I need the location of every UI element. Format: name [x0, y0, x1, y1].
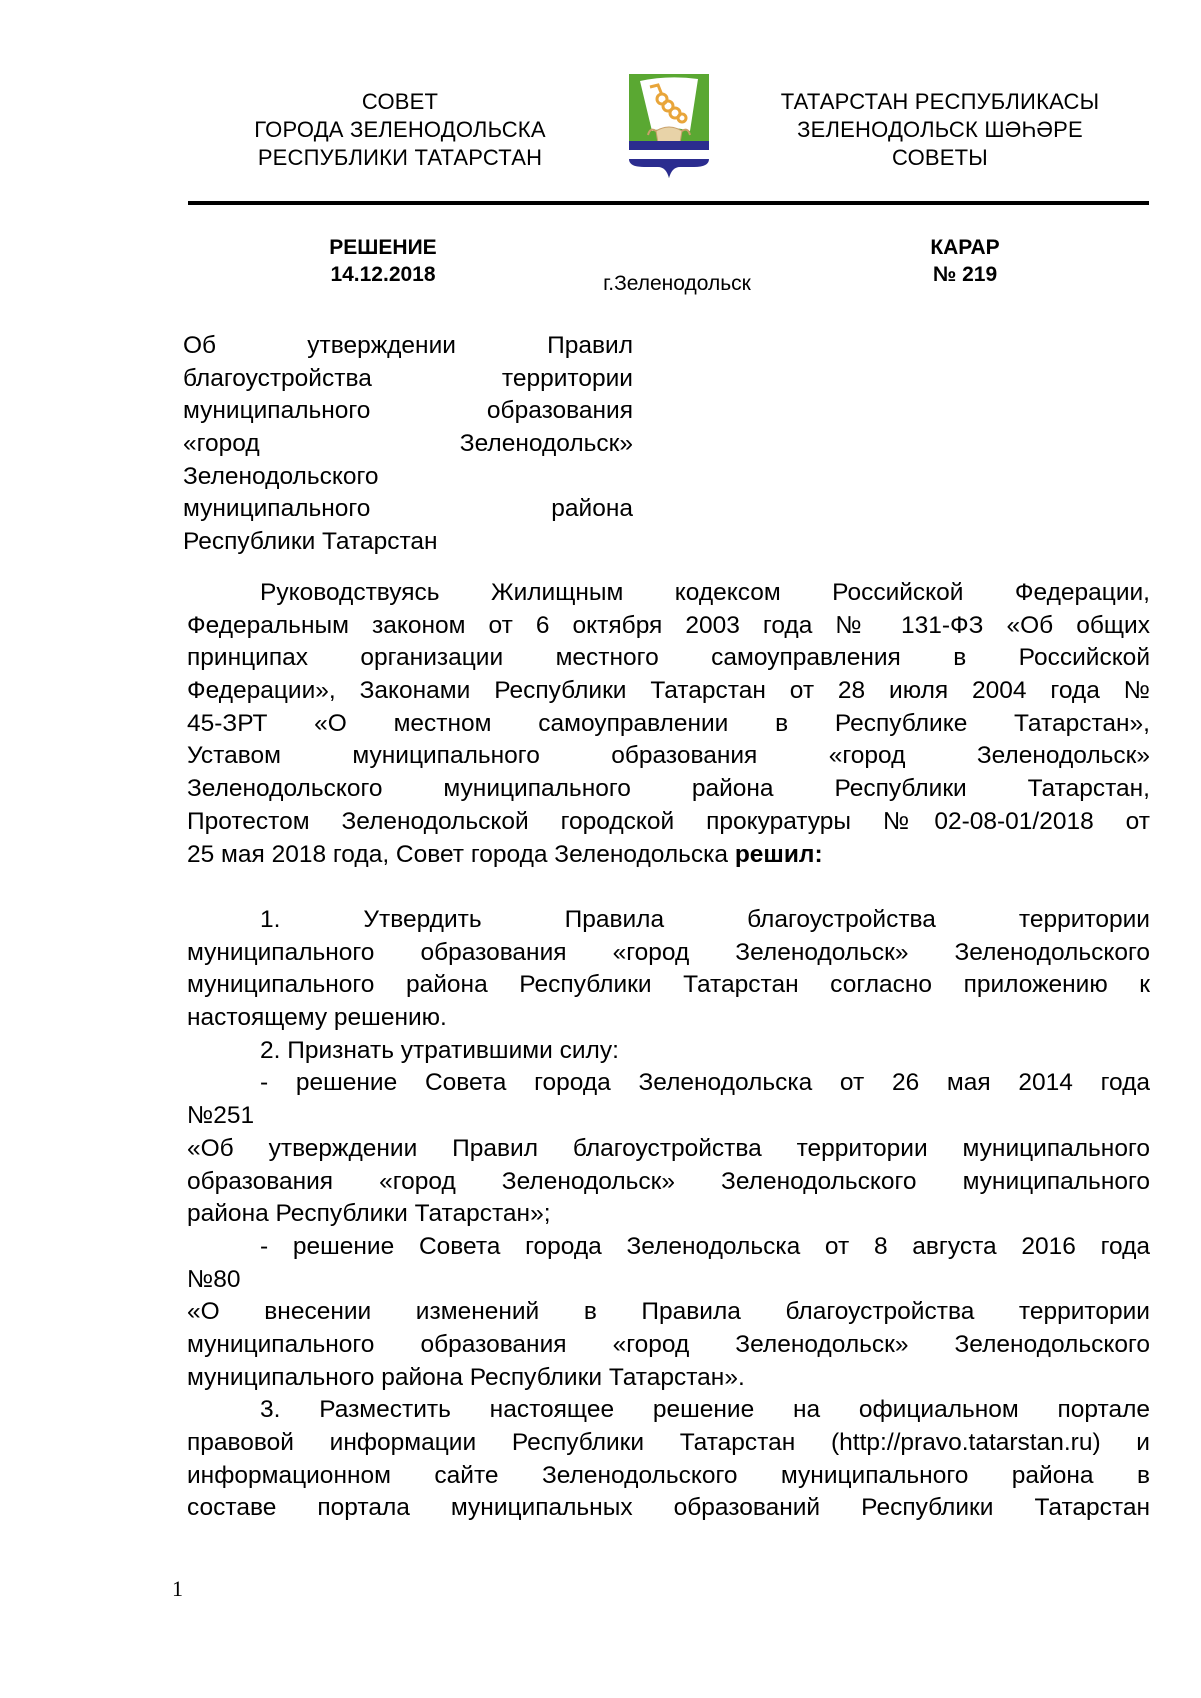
preamble-line: Зеленодольского муниципального района Ре…	[187, 773, 1150, 806]
decision-number: № 219	[905, 261, 1025, 289]
preamble-line: Уставом муниципального образования «горо…	[187, 740, 1150, 773]
resolution-items: 1. Утвердить Правила благоустройства тер…	[187, 904, 1150, 1525]
preamble-line: Руководствуясь Жилищным кодексом Российс…	[187, 577, 1150, 610]
title-line: благоустройства территории	[183, 363, 633, 396]
page-number: 1	[172, 1576, 183, 1602]
item-line: района Республики Татарстан»;	[187, 1198, 1150, 1231]
item-line: - решение Совета города Зеленодольска от…	[187, 1231, 1150, 1264]
preamble-last-text: 25 мая 2018 года, Совет города Зеленодол…	[187, 841, 735, 868]
title-line: Об утверждении Правил	[183, 330, 633, 363]
document-title: Об утверждении Правил благоустройства те…	[183, 330, 633, 559]
item-line: образования «город Зеленодольск» Зеленод…	[187, 1166, 1150, 1199]
coat-of-arms-icon	[628, 73, 710, 179]
item-line: «О внесении изменений в Правила благоуст…	[187, 1296, 1150, 1329]
decision-type-tt: КАРАР	[905, 234, 1025, 262]
header-left-line-2: ГОРОДА ЗЕЛЕНОДОЛЬСКА	[230, 116, 570, 144]
decision-date: 14.12.2018	[308, 261, 458, 289]
title-line: «город Зеленодольск»	[183, 428, 633, 461]
header-right-line-1: ТАТАРСТАН РЕСПУБЛИКАСЫ	[760, 88, 1120, 116]
preamble-last-line: 25 мая 2018 года, Совет города Зеленодол…	[187, 839, 1150, 872]
title-line: муниципального района	[183, 493, 633, 526]
header-left-line-3: РЕСПУБЛИКИ ТАТАРСТАН	[230, 144, 570, 172]
preamble-line: принципах организации местного самоуправ…	[187, 642, 1150, 675]
item-line: муниципального района Республики Татарст…	[187, 1362, 1150, 1395]
item-line: муниципального образования «город Зелено…	[187, 1329, 1150, 1362]
header-right-line-2: ЗЕЛЕНОДОЛЬСК ШӘҺӘРЕ	[760, 116, 1120, 144]
preamble-line: Федерации», Законами Республики Татарста…	[187, 675, 1150, 708]
title-line: Республики Татарстан	[183, 526, 633, 559]
item-line: муниципального образования «город Зелено…	[187, 937, 1150, 970]
title-line: муниципального образования	[183, 395, 633, 428]
item-line: составе портала муниципальных образовани…	[187, 1492, 1150, 1525]
header-left-line-1: СОВЕТ	[230, 88, 570, 116]
preamble-line: Протестом Зеленодольской городской проку…	[187, 806, 1150, 839]
item-line: №80	[187, 1264, 1150, 1297]
preamble-line: Федеральным законом от 6 октября 2003 го…	[187, 610, 1150, 643]
resolved-label: решил:	[735, 841, 823, 868]
item-line: настоящему решению.	[187, 1002, 1150, 1035]
item-line: 3. Разместить настоящее решение на офици…	[187, 1394, 1150, 1427]
item-line: правовой информации Республики Татарстан…	[187, 1427, 1150, 1460]
decision-type-ru: РЕШЕНИЕ	[308, 234, 458, 262]
council-name-ru: СОВЕТ ГОРОДА ЗЕЛЕНОДОЛЬСКА РЕСПУБЛИКИ ТА…	[230, 88, 570, 172]
title-line: Зеленодольского	[183, 461, 633, 494]
header-right-line-3: СОВЕТЫ	[760, 144, 1120, 172]
header-divider	[188, 201, 1149, 205]
council-name-tt: ТАТАРСТАН РЕСПУБЛИКАСЫ ЗЕЛЕНОДОЛЬСК ШӘҺӘ…	[760, 88, 1120, 172]
item-line: 1. Утвердить Правила благоустройства тер…	[187, 904, 1150, 937]
item-line: «Об утверждении Правил благоустройства т…	[187, 1133, 1150, 1166]
preamble-line: 45-ЗРТ «О местном самоуправлении в Респу…	[187, 708, 1150, 741]
item-line: информационном сайте Зеленодольского мун…	[187, 1460, 1150, 1493]
item-line: №251	[187, 1100, 1150, 1133]
item-line: муниципального района Республики Татарст…	[187, 969, 1150, 1002]
item-line: - решение Совета города Зеленодольска от…	[187, 1067, 1150, 1100]
item-line: 2. Признать утратившими силу:	[187, 1035, 1150, 1068]
decision-place: г.Зеленодольск	[580, 270, 774, 298]
preamble: Руководствуясь Жилищным кодексом Российс…	[187, 577, 1150, 871]
